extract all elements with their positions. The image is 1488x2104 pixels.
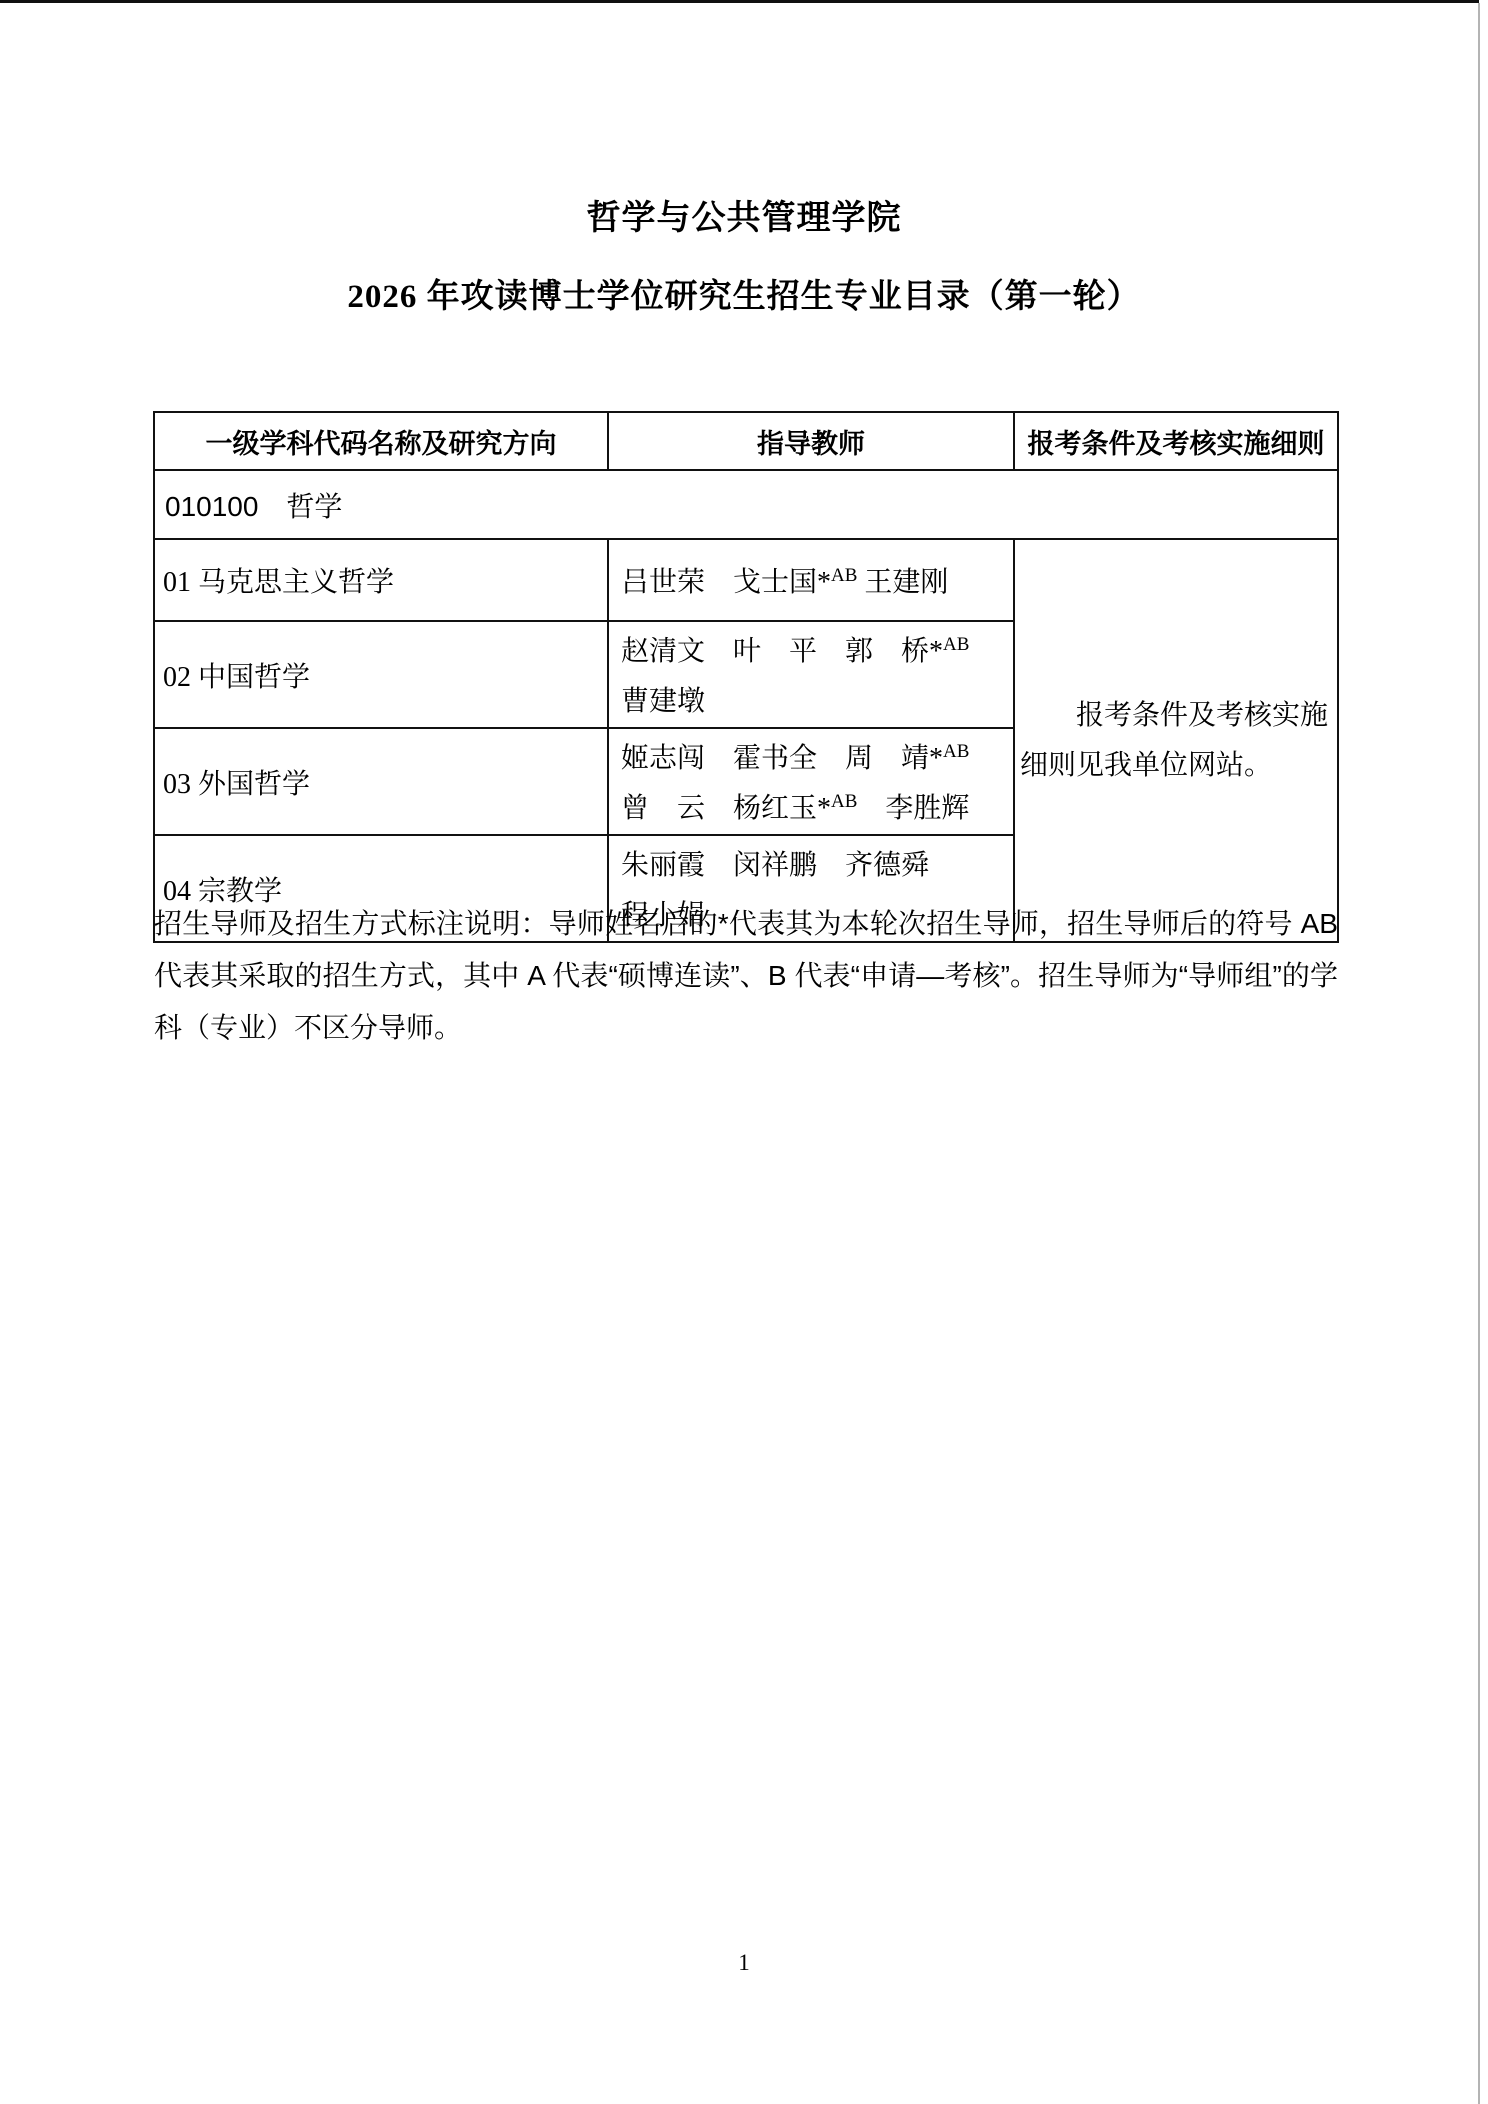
admission-catalog-table: 一级学科代码名称及研究方向 指导教师 报考条件及考核实施细则 010100 哲学…: [153, 411, 1339, 943]
teachers-cell: 姬志闯 霍书全 周 靖*AB曾 云 杨红玉*AB 李胜辉: [608, 728, 1014, 835]
page-top-edge: [0, 0, 1479, 3]
teachers-cell: 赵清文 叶 平 郭 桥*AB曹建墩: [608, 621, 1014, 728]
document-page: 哲学与公共管理学院 2026 年攻读博士学位研究生招生专业目录（第一轮） 一级学…: [0, 0, 1488, 2104]
college-title: 哲学与公共管理学院: [0, 190, 1488, 239]
table-row: 01 马克思主义哲学 吕世荣 戈士国*AB 王建刚 报考条件及考核实施细则见我单…: [154, 539, 1338, 621]
table-header-row: 一级学科代码名称及研究方向 指导教师 报考条件及考核实施细则: [154, 412, 1338, 470]
direction-cell: 03 外国哲学: [154, 728, 608, 835]
header-supervisors-column: 指导教师: [608, 412, 1014, 470]
page-number: 1: [0, 1950, 1488, 1976]
footnote: 招生导师及招生方式标注说明：导师姓名后的*代表其为本轮次招生导师，招生导师后的符…: [154, 898, 1338, 1054]
header-discipline-column: 一级学科代码名称及研究方向: [154, 412, 608, 470]
conditions-note: 报考条件及考核实施细则见我单位网站。: [1020, 691, 1332, 791]
discipline-code-cell: 010100 哲学: [154, 470, 1338, 539]
catalog-title: 2026 年攻读博士学位研究生招生专业目录（第一轮）: [0, 270, 1488, 317]
direction-cell: 01 马克思主义哲学: [154, 539, 608, 621]
direction-cell: 02 中国哲学: [154, 621, 608, 728]
page-right-edge: [1478, 3, 1480, 2104]
header-conditions-column: 报考条件及考核实施细则: [1014, 412, 1338, 470]
teachers-cell: 吕世荣 戈士国*AB 王建刚: [608, 539, 1014, 621]
discipline-code-row: 010100 哲学: [154, 470, 1338, 539]
conditions-cell: 报考条件及考核实施细则见我单位网站。: [1014, 539, 1338, 942]
